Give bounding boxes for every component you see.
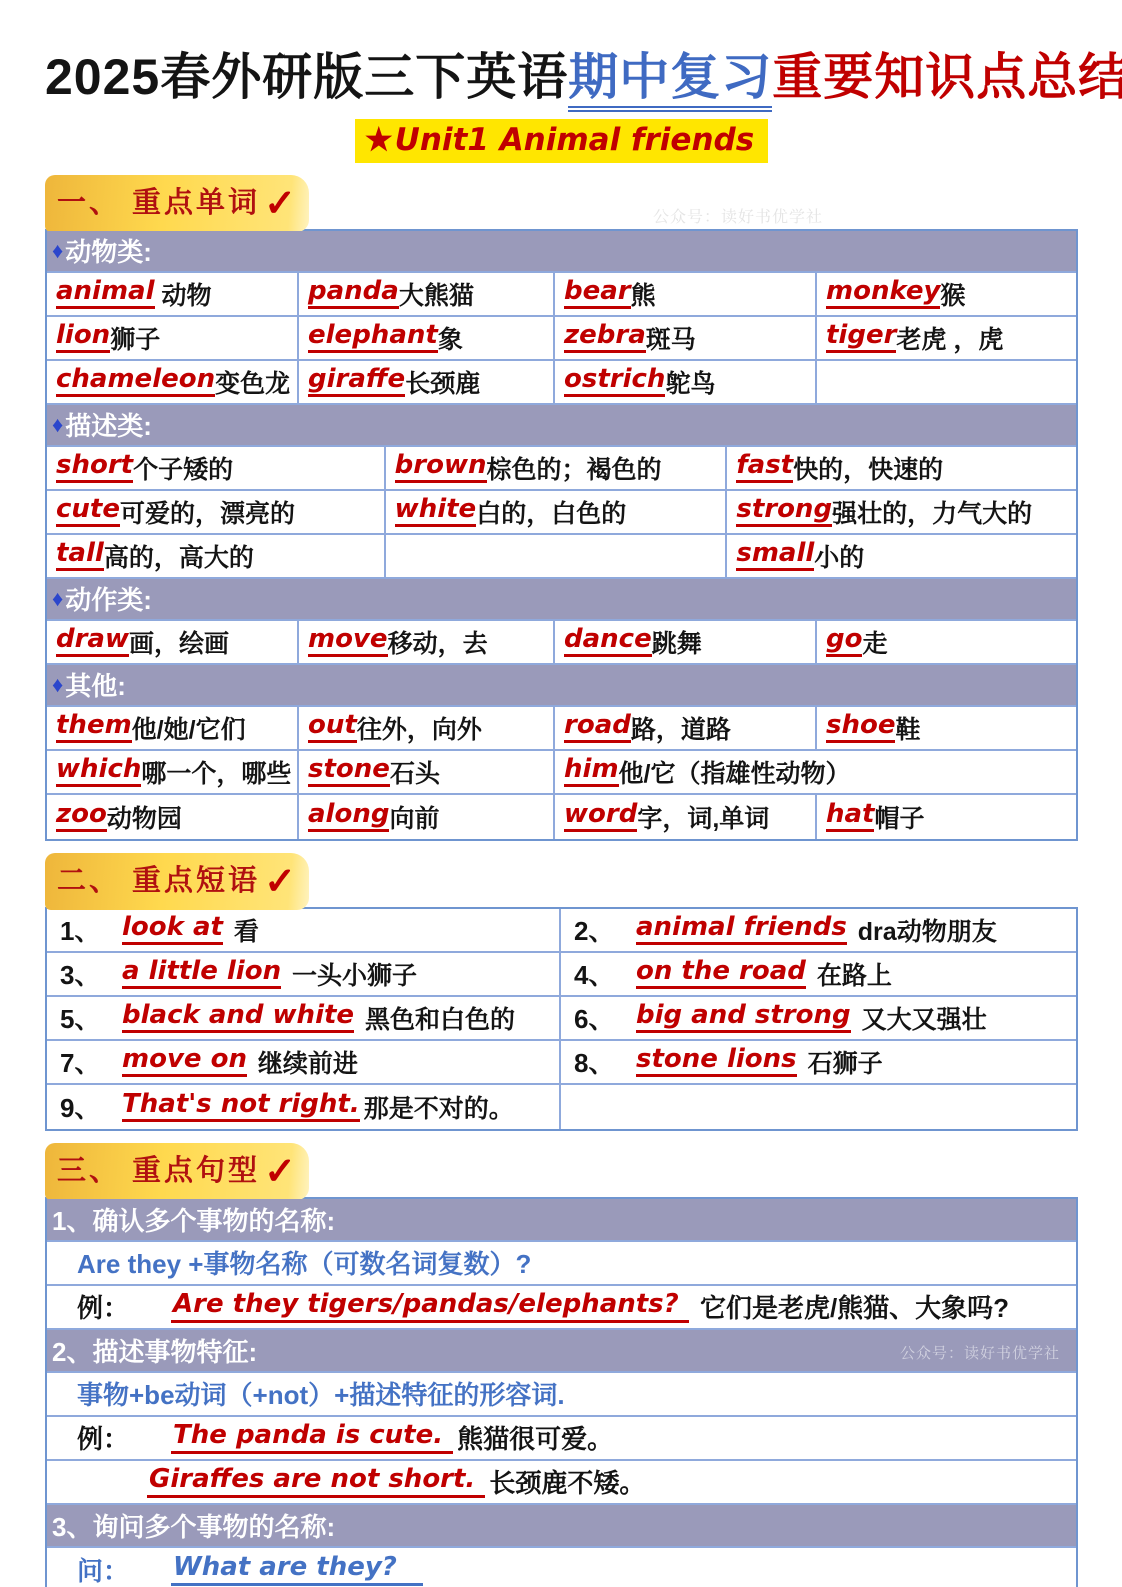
checkmark-icon: ✓: [264, 861, 299, 903]
phrase-english: a little lion: [122, 958, 281, 989]
example-chinese: 它们是老虎/熊猫、大象吗?: [693, 1288, 1009, 1325]
word-cell: dance跳舞: [555, 621, 817, 665]
chinese-meaning: 鸵鸟: [665, 364, 715, 400]
english-word: tiger: [826, 322, 896, 353]
word-cell: elephant象: [299, 317, 555, 361]
chinese-meaning: 白的，白色的: [476, 494, 626, 530]
word-table-row: zoo动物园along向前word字，词,单词hat帽子: [47, 795, 1076, 839]
word-cell: tall高的，高大的: [47, 535, 386, 579]
chinese-meaning: 老虎 ，虎: [896, 320, 1003, 356]
phrase-english: on the road: [636, 958, 806, 989]
chinese-meaning: 长颈鹿: [405, 364, 480, 400]
phrase-english: stone lions: [636, 1046, 797, 1077]
chinese-meaning: 狮子: [110, 320, 160, 356]
english-word: dance: [564, 626, 652, 657]
word-cell: move移动，去: [299, 621, 555, 665]
word-cell: ostrich鸵鸟: [555, 361, 817, 405]
chinese-meaning: 哪一个，哪些: [141, 754, 291, 790]
phrase-item: 1、look at 看: [47, 909, 561, 953]
phrase-number: 4、: [574, 955, 636, 992]
phrase-english: look at: [122, 914, 223, 945]
word-table-row: cute可爱的，漂亮的white白的，白色的strong强壮的，力气大的: [47, 491, 1076, 535]
word-group-title: 动物类:: [65, 232, 152, 269]
english-word: him: [564, 756, 619, 787]
phrase-english: black and white: [122, 1002, 354, 1033]
english-word: hat: [826, 801, 874, 832]
word-cell: bear熊: [555, 273, 817, 317]
key-sentences-table: 1、确认多个事物的名称:Are they +事物名称（可数名词复数）?例：Are…: [45, 1197, 1078, 1587]
title-blue-underlined: 期中复习: [568, 49, 772, 112]
word-cell: zebra斑马: [555, 317, 817, 361]
word-cell: out往外，向外: [299, 707, 555, 751]
word-cell: animal 动物: [47, 273, 299, 317]
chinese-meaning: 小的: [814, 538, 864, 574]
unit-subtitle-text: Unit1 Animal friends: [395, 122, 755, 158]
phrase-english: animal friends: [636, 914, 847, 945]
word-group-header: ♦描述类:: [47, 405, 1076, 447]
word-cell: strong强壮的，力气大的: [727, 491, 1076, 535]
english-word: move: [308, 626, 388, 657]
english-word: brown: [395, 452, 487, 483]
word-cell: road路，道路: [555, 707, 817, 751]
diamond-icon: ♦: [52, 238, 63, 264]
phrase-item: [561, 1085, 1076, 1129]
english-word: zebra: [564, 322, 646, 353]
words-heading-highlight: 一、 重点单词✓: [45, 175, 309, 232]
chinese-meaning: 象: [438, 320, 463, 356]
phrase-item: 2、animal friends dra动物朋友: [561, 909, 1076, 953]
phrase-table-row: 7、move on 继续前进8、stone lions 石狮子: [47, 1041, 1076, 1085]
word-table-row: which哪一个，哪些stone石头him他/它（指雄性动物）: [47, 751, 1076, 795]
phrase-chinese: 看: [227, 912, 259, 948]
word-cell: word字，词,单词: [555, 795, 817, 839]
word-cell: him他/它（指雄性动物）: [555, 751, 1076, 795]
sentence-pattern-row: Are they +事物名称（可数名词复数）?: [47, 1242, 1076, 1286]
chinese-meaning: 跳舞: [652, 624, 702, 660]
key-words-table: ♦动物类:animal 动物panda大熊猫bear熊monkey猴lion狮子…: [45, 229, 1078, 841]
phrase-chinese: dra动物朋友: [851, 912, 997, 948]
ask-english: What are they?: [171, 1554, 423, 1586]
phrase-number: 1、: [60, 911, 122, 948]
word-cell: draw画，绘画: [47, 621, 299, 665]
chinese-meaning: 可爱的，漂亮的: [120, 494, 295, 530]
phrase-chinese: 那是不对的。: [364, 1089, 514, 1125]
english-word: animal: [56, 278, 155, 309]
word-table-row: lion狮子elephant象zebra斑马tiger老虎 ，虎: [47, 317, 1076, 361]
english-word: lion: [56, 322, 110, 353]
english-word: fast: [736, 452, 793, 483]
word-group-title: 其他:: [65, 666, 126, 703]
unit-subtitle: ★Unit1 Animal friends: [355, 119, 768, 163]
phrase-item: 7、move on 继续前进: [47, 1041, 561, 1085]
english-word: white: [395, 496, 477, 527]
word-cell: shoe鞋: [817, 707, 1076, 751]
word-table-row: short个子矮的brown棕色的；褐色的fast快的，快速的: [47, 447, 1076, 491]
phrase-item: 4、on the road 在路上: [561, 953, 1076, 997]
word-cell: monkey猴: [817, 273, 1076, 317]
title-black: 2025春外研版三下英语: [45, 49, 568, 105]
example-prefix: 例：: [77, 1419, 129, 1456]
section-heading-words: 一、 重点单词✓: [45, 175, 1078, 223]
sentences-heading-highlight: 三、 重点句型✓: [45, 1143, 309, 1200]
diamond-icon: ♦: [52, 586, 63, 612]
english-word: giraffe: [308, 366, 405, 397]
english-word: draw: [56, 626, 129, 657]
key-phrases-table: 1、look at 看2、animal friends dra动物朋友3、a l…: [45, 907, 1078, 1131]
sentences-heading-label: 三、 重点句型: [57, 1155, 260, 1187]
phrase-chinese: 继续前进: [251, 1044, 358, 1080]
english-word: road: [564, 712, 631, 743]
chinese-meaning: 路，道路: [631, 710, 731, 746]
watermark: 公众号：读好书优学社: [653, 204, 823, 227]
checkmark-icon: ✓: [264, 1151, 299, 1193]
chinese-meaning: 强壮的，力气大的: [832, 494, 1032, 530]
phrase-number: 7、: [60, 1043, 122, 1080]
english-word: chameleon: [56, 366, 215, 397]
star-icon: ★: [365, 122, 393, 157]
phrase-english: big and strong: [636, 1002, 851, 1033]
english-word: monkey: [826, 278, 940, 309]
phrase-item: 8、stone lions 石狮子: [561, 1041, 1076, 1085]
chinese-meaning: 猴: [940, 276, 965, 312]
chinese-meaning: 他/她/它们: [132, 710, 246, 746]
word-cell: fast快的，快速的: [727, 447, 1076, 491]
word-table-row: them他/她/它们out往外，向外road路，道路shoe鞋: [47, 707, 1076, 751]
example-english: Are they tigers/pandas/elephants?: [171, 1291, 689, 1323]
word-cell: white白的，白色的: [386, 491, 728, 535]
chinese-meaning: 石头: [390, 754, 440, 790]
phrase-table-row: 9、That's not right.那是不对的。: [47, 1085, 1076, 1129]
chinese-meaning: 帽子: [874, 799, 924, 835]
phrase-number: 5、: [60, 999, 122, 1036]
phrases-heading-label: 二、 重点短语: [57, 865, 260, 897]
sentence-pattern-row: 事物+be动词（+not）+描述特征的形容词.: [47, 1373, 1076, 1417]
example-english: The panda is cute.: [171, 1422, 453, 1454]
example-english: Giraffes are not short.: [147, 1466, 485, 1498]
chinese-meaning: 画，绘画: [129, 624, 229, 660]
english-word: strong: [736, 496, 832, 527]
word-group-header: ♦其他:: [47, 665, 1076, 707]
chinese-meaning: 他/它（指雄性动物）: [619, 754, 851, 790]
english-word: small: [736, 540, 814, 571]
chinese-meaning: 斑马: [646, 320, 696, 356]
title-red: 重要知识点总结: [772, 49, 1122, 105]
phrase-chinese: 石狮子: [801, 1044, 883, 1080]
word-cell: [817, 361, 1076, 405]
phrase-number: 9、: [60, 1088, 122, 1125]
chinese-meaning: 移动，去: [388, 624, 488, 660]
word-cell: panda大熊猫: [299, 273, 555, 317]
word-cell: tiger老虎 ，虎: [817, 317, 1076, 361]
sentence-example-row: 例：Are they tigers/pandas/elephants? 它们是老…: [47, 1286, 1076, 1330]
sentence-block-header: 1、确认多个事物的名称:: [47, 1199, 1076, 1242]
sentence-example-row: Giraffes are not short.长颈鹿不矮。: [47, 1461, 1076, 1505]
chinese-meaning: 向前: [389, 799, 439, 835]
diamond-icon: ♦: [52, 672, 63, 698]
word-table-row: tall高的，高大的small小的: [47, 535, 1076, 579]
phrase-table-row: 5、black and white 黑色和白色的6、big and strong…: [47, 997, 1076, 1041]
sentence-block-title: 2、描述事物特征:: [52, 1332, 257, 1369]
english-word: out: [308, 712, 357, 743]
example-chinese: 长颈鹿不矮。: [489, 1463, 645, 1500]
checkmark-icon: ✓: [264, 183, 299, 225]
sentence-ask-row: 问：What are they?: [47, 1548, 1076, 1587]
page-title: 2025春外研版三下英语期中复习重要知识点总结: [45, 46, 1078, 109]
phrase-english: That's not right.: [122, 1091, 360, 1122]
example-prefix: 例：: [77, 1288, 129, 1325]
english-word: zoo: [56, 801, 107, 832]
phrase-item: 5、black and white 黑色和白色的: [47, 997, 561, 1041]
word-cell: them他/她/它们: [47, 707, 299, 751]
example-chinese: 熊猫很可爱。: [457, 1419, 613, 1456]
sentence-block-title: 1、确认多个事物的名称:: [52, 1201, 335, 1238]
ask-prefix: 问：: [77, 1551, 129, 1587]
phrase-chinese: 黑色和白色的: [358, 1000, 515, 1036]
chinese-meaning: 棕色的；褐色的: [487, 450, 662, 486]
phrase-chinese: 在路上: [810, 956, 892, 992]
phrase-item: 6、big and strong 又大又强壮: [561, 997, 1076, 1041]
chinese-meaning: 个子矮的: [133, 450, 233, 486]
sentence-block-title: 3、询问多个事物的名称:: [52, 1507, 335, 1544]
sentence-block-header: 2、描述事物特征:公众号：读好书优学社: [47, 1330, 1076, 1373]
word-cell: small小的: [727, 535, 1076, 579]
phrase-number: 2、: [574, 911, 636, 948]
chinese-meaning: 大熊猫: [399, 276, 474, 312]
english-word: panda: [308, 278, 399, 309]
chinese-meaning: 字，词,单词: [637, 799, 769, 835]
english-word: cute: [56, 496, 120, 527]
word-cell: brown棕色的；褐色的: [386, 447, 728, 491]
word-cell: hat帽子: [817, 795, 1076, 839]
sentence-example-row: 例：The panda is cute.熊猫很可爱。: [47, 1417, 1076, 1461]
word-table-row: draw画，绘画move移动，去dance跳舞go走: [47, 621, 1076, 665]
word-cell: [386, 535, 728, 579]
english-word: stone: [308, 756, 390, 787]
word-cell: short个子矮的: [47, 447, 386, 491]
phrase-table-row: 3、a little lion 一头小狮子4、on the road 在路上: [47, 953, 1076, 997]
word-group-header: ♦动作类:: [47, 579, 1076, 621]
word-cell: cute可爱的，漂亮的: [47, 491, 386, 535]
phrase-item: 9、That's not right.那是不对的。: [47, 1085, 561, 1129]
chinese-meaning: 往外，向外: [357, 710, 482, 746]
word-cell: zoo动物园: [47, 795, 299, 839]
english-word: word: [564, 801, 637, 832]
word-table-row: animal 动物panda大熊猫bear熊monkey猴: [47, 273, 1076, 317]
phrase-chinese: 又大又强壮: [855, 1000, 987, 1036]
english-word: shoe: [826, 712, 895, 743]
word-cell: along向前: [299, 795, 555, 839]
english-word: which: [56, 756, 141, 787]
word-cell: lion狮子: [47, 317, 299, 361]
chinese-meaning: 高的，高大的: [104, 538, 254, 574]
chinese-meaning: 鞋: [895, 710, 920, 746]
chinese-meaning: 动物园: [107, 799, 182, 835]
word-group-title: 动作类:: [65, 580, 152, 617]
sentence-block-header: 3、询问多个事物的名称:: [47, 1505, 1076, 1548]
chinese-meaning: 熊: [631, 276, 656, 312]
chinese-meaning: 变色龙: [215, 364, 290, 400]
english-word: them: [56, 712, 132, 743]
word-cell: which哪一个，哪些: [47, 751, 299, 795]
diamond-icon: ♦: [52, 412, 63, 438]
chinese-meaning: 动物: [155, 276, 212, 312]
word-cell: chameleon变色龙: [47, 361, 299, 405]
english-word: tall: [56, 540, 104, 571]
word-group-header: ♦动物类:: [47, 231, 1076, 273]
phrase-table-row: 1、look at 看2、animal friends dra动物朋友: [47, 909, 1076, 953]
section-heading-sentences: 三、 重点句型✓: [45, 1143, 1078, 1191]
words-heading-label: 一、 重点单词: [57, 187, 260, 219]
phrase-english: move on: [122, 1046, 247, 1077]
phrases-heading-highlight: 二、 重点短语✓: [45, 853, 309, 910]
word-table-row: chameleon变色龙giraffe长颈鹿ostrich鸵鸟: [47, 361, 1076, 405]
section-heading-phrases: 二、 重点短语✓: [45, 853, 1078, 901]
phrase-item: 3、a little lion 一头小狮子: [47, 953, 561, 997]
word-cell: stone石头: [299, 751, 555, 795]
english-word: short: [56, 452, 133, 483]
english-word: ostrich: [564, 366, 665, 397]
phrase-number: 8、: [574, 1043, 636, 1080]
phrase-number: 6、: [574, 999, 636, 1036]
english-word: bear: [564, 278, 631, 309]
chinese-meaning: 走: [862, 624, 887, 660]
chinese-meaning: 快的，快速的: [793, 450, 943, 486]
word-group-title: 描述类:: [65, 406, 152, 443]
phrase-chinese: 一头小狮子: [285, 956, 417, 992]
english-word: along: [308, 801, 389, 832]
watermark: 公众号：读好书优学社: [900, 1342, 1060, 1363]
phrase-number: 3、: [60, 955, 122, 992]
document-page: 2025春外研版三下英语期中复习重要知识点总结 ★Unit1 Animal fr…: [0, 0, 1122, 1587]
word-cell: go走: [817, 621, 1076, 665]
english-word: elephant: [308, 322, 438, 353]
subtitle-row: ★Unit1 Animal friends: [45, 119, 1078, 163]
word-cell: giraffe长颈鹿: [299, 361, 555, 405]
english-word: go: [826, 626, 862, 657]
